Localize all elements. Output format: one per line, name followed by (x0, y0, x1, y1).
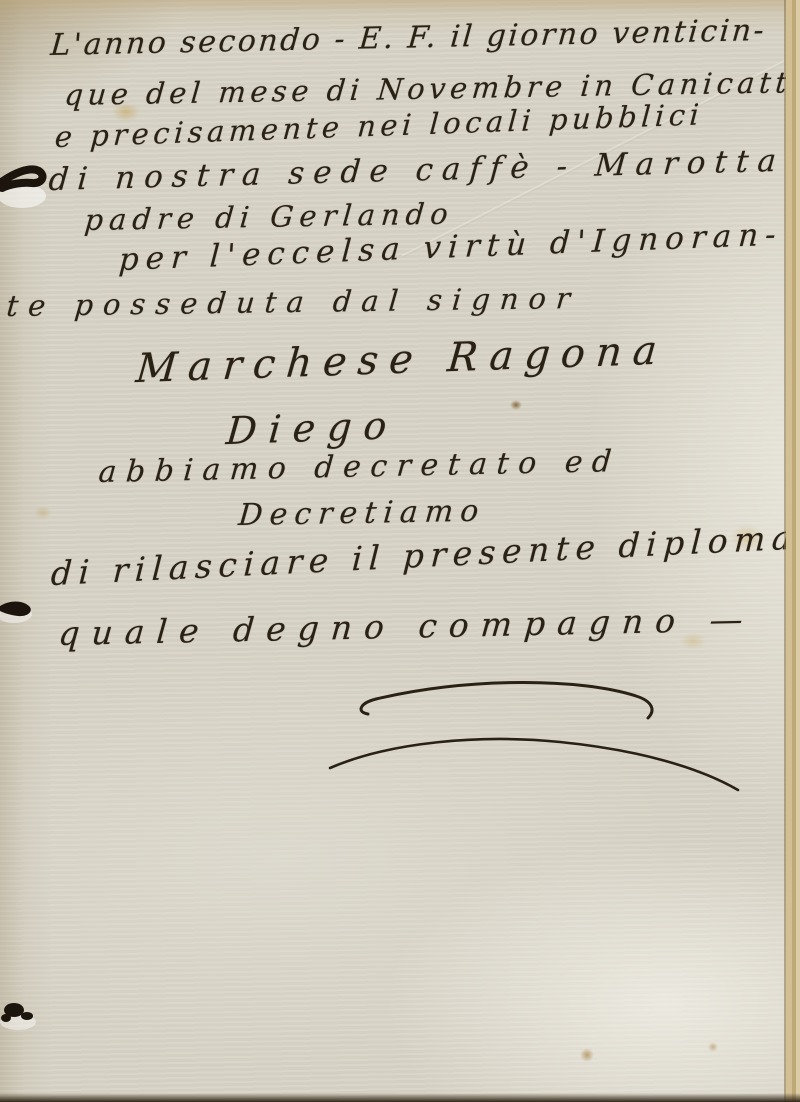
manuscript-line-9: Diego (224, 406, 400, 452)
page-edge-right (784, 0, 800, 1102)
manuscript-page: L'anno secondo - E. F. il giorno ventici… (0, 0, 800, 1102)
flourish-underline-1 (361, 682, 652, 718)
manuscript-line-12: di rilasciare il presente diploma (50, 520, 799, 591)
binding-hole-bottom (1, 1003, 33, 1022)
manuscript-line-4: di nostra sede caffè - Marotta (47, 145, 786, 197)
book-edge-bottom (0, 1093, 800, 1102)
binding-hole-indent (0, 605, 32, 623)
manuscript-line-10: abbiamo decretato ed (97, 446, 622, 488)
binding-hole-indent (0, 184, 46, 208)
manuscript-line-5: padre di Gerlando (83, 199, 455, 236)
paper-stain (580, 1048, 594, 1062)
binding-hole-indent (0, 1014, 36, 1030)
manuscript-line-8: Marchese Ragona (134, 329, 669, 390)
binding-thread-top (0, 169, 43, 188)
flourish-underline-2 (330, 739, 738, 790)
manuscript-line-11: Decretiamo (237, 496, 486, 532)
manuscript-line-1: L'anno secondo - E. F. il giorno ventici… (49, 15, 767, 62)
manuscript-line-7: te posseduta dal signor (5, 283, 581, 321)
manuscript-line-13: quale degno compagno — (57, 602, 756, 651)
paper-stain (510, 400, 522, 410)
binding-hole-middle (0, 602, 31, 617)
paper-stain (34, 506, 52, 519)
paper-stain (708, 1042, 718, 1052)
